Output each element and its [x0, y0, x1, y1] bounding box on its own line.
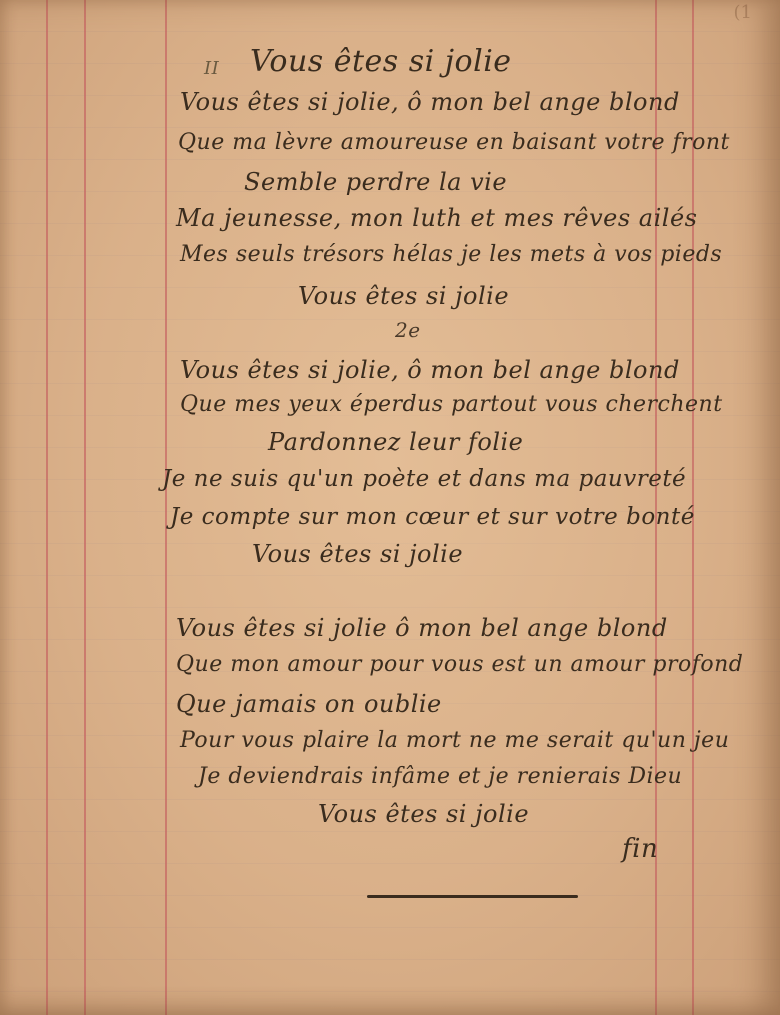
manuscript-page: (1 II Vous êtes si jolie Vous êtes si jo… — [0, 0, 780, 1015]
song-text: II Vous êtes si jolie Vous êtes si jolie… — [0, 0, 780, 1015]
closing-word: fin — [622, 834, 658, 864]
song-title: Vous êtes si jolie — [250, 44, 512, 79]
verse-line: Vous êtes si jolie — [318, 800, 529, 828]
verse-line: Vous êtes si jolie, ô mon bel ange blond — [180, 88, 680, 116]
verse-line: Vous êtes si jolie, ô mon bel ange blond — [180, 356, 680, 384]
verse-line: Que ma lèvre amoureuse en baisant votre … — [178, 130, 730, 155]
end-underline — [367, 895, 578, 898]
verse-line: Je compte sur mon cœur et sur votre bont… — [170, 504, 695, 530]
verse-line: Vous êtes si jolie — [252, 540, 463, 568]
verse-line: Je deviendrais infâme et je renierais Di… — [198, 764, 682, 789]
section-marker: II — [204, 58, 219, 79]
verse-line: Pour vous plaire la mort ne me serait qu… — [180, 728, 729, 753]
verse-line: Mes seuls trésors hélas je les mets à vo… — [180, 242, 722, 267]
verse-line: Vous êtes si jolie — [298, 282, 509, 310]
verse-line: Ma jeunesse, mon luth et mes rêves ailés — [176, 204, 697, 232]
verse-line: Que jamais on oublie — [176, 690, 442, 718]
verse-line: Vous êtes si jolie ô mon bel ange blond — [176, 614, 668, 642]
stanza-number: 2e — [395, 318, 421, 342]
verse-line: Pardonnez leur folie — [268, 428, 523, 456]
verse-line: Que mon amour pour vous est un amour pro… — [176, 652, 743, 677]
verse-line: Je ne suis qu'un poète et dans ma pauvre… — [162, 466, 686, 492]
verse-line: Semble perdre la vie — [244, 168, 507, 196]
verse-line: Que mes yeux éperdus partout vous cherch… — [180, 392, 723, 417]
